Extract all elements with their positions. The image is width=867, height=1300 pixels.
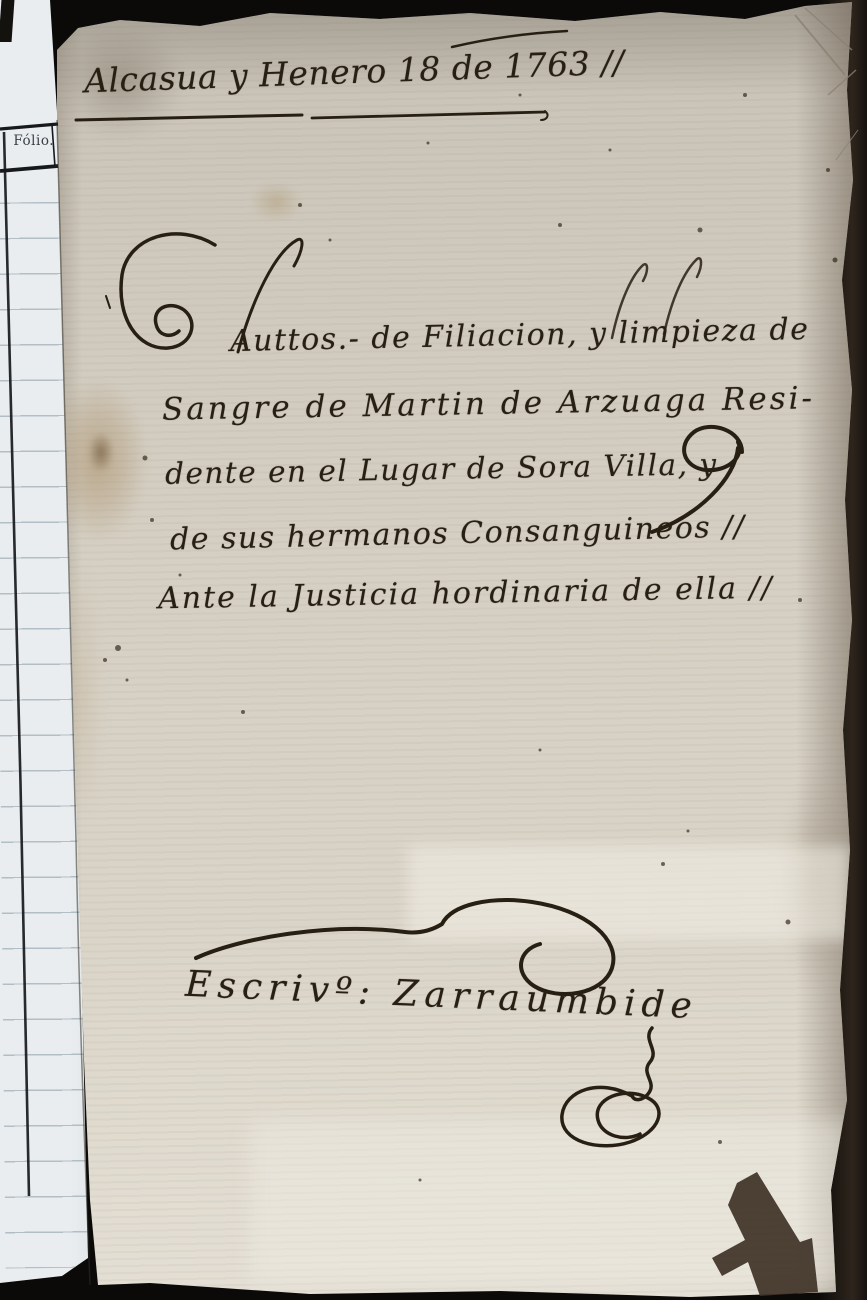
- folio-label: Fólio.: [8, 133, 54, 149]
- manuscript-page: [0, 0, 867, 1300]
- light-band: [408, 846, 850, 940]
- document-scan: Fólio. Alcasua y Henero 18 de 1763 // Au…: [0, 0, 867, 1300]
- stain-left-dark: [88, 432, 114, 472]
- stain-top: [250, 182, 302, 222]
- paper-texture: [0, 0, 867, 1300]
- light-bottom: [250, 1120, 850, 1285]
